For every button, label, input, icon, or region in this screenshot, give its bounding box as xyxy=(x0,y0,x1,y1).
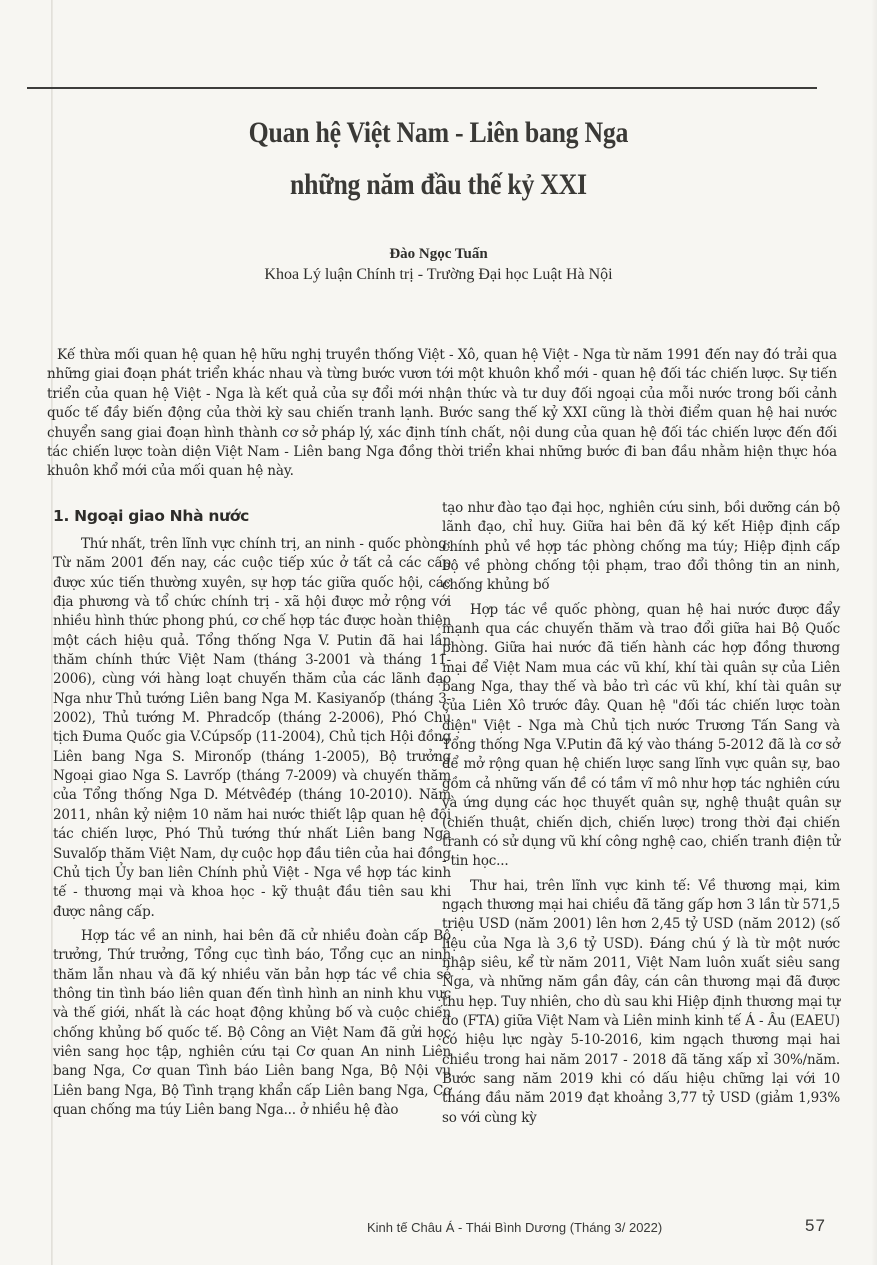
paragraph-defense-cooperation: Hợp tác về quốc phòng, quan hệ hai nước … xyxy=(442,601,840,872)
header-rule xyxy=(27,87,817,89)
right-column: tạo như đào tạo đại học, nghiên cứu sinh… xyxy=(442,499,840,1133)
author-affiliation: Khoa Lý luận Chính trị - Trường Đại học … xyxy=(0,266,877,284)
article-abstract: Kế thừa mối quan hệ quan hệ hữu nghị tru… xyxy=(47,346,837,482)
article-title-line-1: Quan hệ Việt Nam - Liên bang Nga xyxy=(61,116,815,150)
paragraph-continuation: tạo như đào tạo đại học, nghiên cứu sinh… xyxy=(442,499,840,596)
paragraph-politics-security: Thứ nhất, trên lĩnh vực chính trị, an ni… xyxy=(53,535,451,922)
paragraph-security-cooperation: Hợp tác về an ninh, hai bên đã cử nhiều … xyxy=(53,927,451,1120)
article-title-line-2: những năm đầu thế kỷ XXI xyxy=(61,168,815,202)
left-column: 1. Ngoại giao Nhà nước Thứ nhất, trên lĩ… xyxy=(53,505,451,1125)
page-number: 57 xyxy=(805,1216,826,1236)
article-author: Đào Ngọc Tuấn xyxy=(0,246,877,263)
paragraph-economic-cooperation: Thư hai, trên lĩnh vực kinh tế: Về thươn… xyxy=(442,877,840,1128)
section-heading: 1. Ngoại giao Nhà nước xyxy=(53,505,451,527)
footer-journal-name: Kinh tế Châu Á - Thái Bình Dương (Tháng … xyxy=(367,1220,662,1235)
scan-edge-shadow xyxy=(871,0,877,1265)
